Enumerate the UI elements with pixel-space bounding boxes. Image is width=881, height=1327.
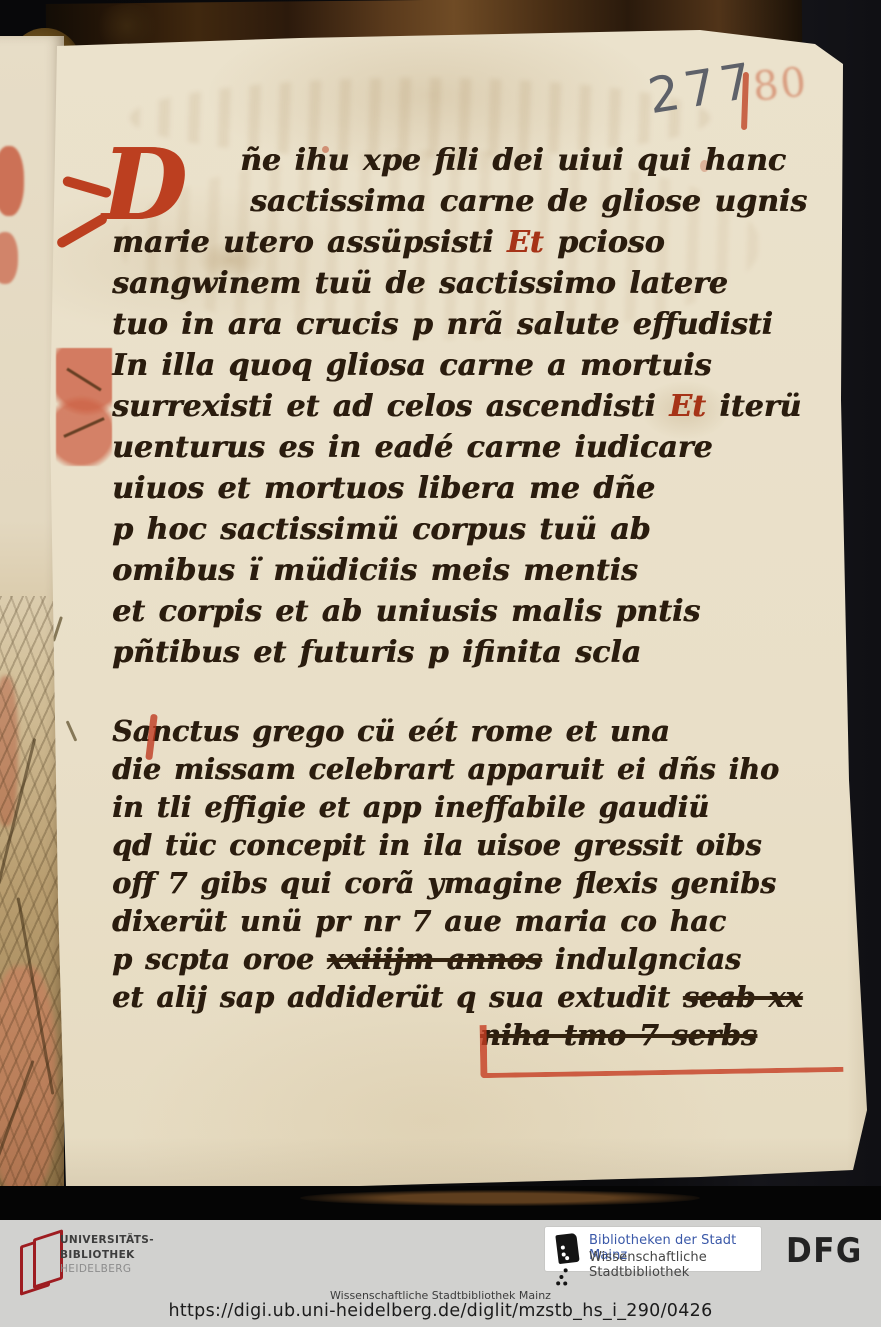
mainz-icon-dots	[563, 1268, 567, 1272]
manuscript-segment: uenturus es in eadé carne iudicare	[112, 430, 712, 465]
manuscript-line: uiuos et mortuos libera me dñe	[112, 468, 824, 509]
initial-flourish	[55, 213, 108, 250]
footer-url: https://digi.ub.uni-heidelberg.de/diglit…	[0, 1301, 881, 1321]
manuscript-line: omibus ï müdiciis meis mentis	[112, 550, 824, 591]
margin-mark	[66, 720, 78, 741]
manuscript-segment: in tli effigie et app ineffabile gaudiü	[112, 790, 709, 824]
manuscript-segment: p hoc sactissimü corpus tuü ab	[112, 512, 651, 547]
manuscript-segment: In illa quoq gliosa carne a mortuis	[112, 348, 711, 383]
manuscript-line: Sanctus grego cü eét rome et una	[112, 712, 824, 750]
manuscript-segment: surrexisti et ad celos ascendisti	[112, 389, 669, 424]
manuscript-segment: et alij sap addiderüt q sua extudit	[112, 980, 683, 1014]
manuscript-segment: seab xx	[683, 980, 802, 1014]
manuscript-paragraph-2: Sanctus grego cü eét rome et unadie miss…	[112, 712, 824, 1054]
manuscript-segment: qd tüc concepit in ila uisoe gressit oib…	[112, 828, 761, 862]
manuscript-segment: sangwinem tuü de sactissimo latere	[112, 266, 728, 301]
manuscript-segment: et corpis et ab uniusis malis pntis	[112, 594, 700, 629]
manuscript-segment: p scpta oroe	[112, 942, 327, 976]
ubh-line3: HEIDELBERG	[60, 1262, 154, 1277]
manuscript-segment: ñe ihu xpe fili dei uiui qui hanc	[240, 143, 786, 178]
manuscript-paragraph-1: ñe ihu xpe fili dei uiui qui hancsactiss…	[112, 140, 824, 673]
scan-viewer: 277 80 D ñe ihu xpe fili dei uiui qui ha…	[0, 0, 881, 1327]
ubh-line1: UNIVERSITÄTS-	[60, 1233, 154, 1248]
mainz-line2: Wissenschaftliche Stadtbibliothek	[589, 1250, 761, 1280]
manuscript-line: et alij sap addiderüt q sua extudit seab…	[112, 978, 824, 1016]
manuscript-segment: off 7 gibs qui corã ymagine flexis genib…	[112, 866, 776, 900]
manuscript-line: sactissima carne de gliose ugnis	[250, 181, 824, 222]
mainz-icon-dots	[561, 1245, 565, 1249]
manuscript-line: dixerüt unü pr nr 7 aue maria co hac	[112, 902, 824, 940]
manuscript-line: p hoc sactissimü corpus tuü ab	[112, 509, 824, 550]
margin-mark	[52, 616, 63, 642]
manuscript-line: off 7 gibs qui corã ymagine flexis genib…	[112, 864, 824, 902]
red-ink-mark	[0, 232, 18, 284]
red-ink-mark	[0, 146, 24, 216]
manuscript-segment: Et	[507, 225, 544, 260]
manuscript-segment: omibus ï müdiciis meis mentis	[112, 553, 638, 588]
manuscript-line: in tli effigie et app ineffabile gaudiü	[112, 788, 824, 826]
manuscript-line: p scpta oroe xxiiijm annos indulgncias	[112, 940, 824, 978]
manuscript-page: 277 80 D ñe ihu xpe fili dei uiui qui ha…	[0, 0, 881, 1327]
ubh-book-icon	[20, 1232, 64, 1288]
manuscript-segment: pcioso	[544, 225, 665, 260]
table-shadow	[0, 1186, 881, 1220]
manuscript-line: sangwinem tuü de sactissimo latere	[112, 263, 824, 304]
manuscript-line: ñe ihu xpe fili dei uiui qui hanc	[240, 140, 824, 181]
manuscript-line: In illa quoq gliosa carne a mortuis	[112, 345, 824, 386]
manuscript-segment: xxiiijm annos	[327, 942, 542, 976]
manuscript-segment: uiuos et mortuos libera me dñe	[112, 471, 655, 506]
binding-corner-shadow	[92, 4, 162, 48]
pen-hatching	[0, 596, 64, 1224]
red-underline-bracket	[480, 1019, 844, 1078]
ubh-logo: UNIVERSITÄTS- BIBLIOTHEK HEIDELBERG	[20, 1230, 260, 1292]
manuscript-line: et corpis et ab uniusis malis pntis	[112, 591, 824, 632]
mainz-book-icon	[555, 1233, 579, 1264]
manuscript-line: die missam celebrart apparuit ei dñs iho	[112, 750, 824, 788]
manuscript-segment: Et	[669, 389, 706, 424]
manuscript-segment: iterü	[706, 389, 801, 424]
manuscript-segment: tuo in ara crucis p nrã salute effudisti	[112, 307, 773, 342]
manuscript-segment: pñtibus et futuris p ifinita scla	[112, 635, 641, 670]
manuscript-line: qd tüc concepit in ila uisoe gressit oib…	[112, 826, 824, 864]
manuscript-line: uenturus es in eadé carne iudicare	[112, 427, 824, 468]
ubh-book-shape	[33, 1229, 63, 1289]
manuscript-segment: Sanctus grego cü eét rome et una	[112, 714, 670, 748]
ubh-line2: BIBLIOTHEK	[60, 1248, 154, 1263]
dfg-logo: DFG	[786, 1232, 863, 1271]
manuscript-line: tuo in ara crucis p nrã salute effudisti	[112, 304, 824, 345]
red-stroke	[741, 72, 749, 130]
manuscript-line: surrexisti et ad celos ascendisti Et ite…	[112, 386, 824, 427]
manuscript-line: marie utero assüpsisti Et pcioso	[112, 222, 824, 263]
book-bottom-edge	[300, 1190, 700, 1206]
footer-bar: UNIVERSITÄTS- BIBLIOTHEK HEIDELBERG Bibl…	[0, 1220, 881, 1327]
manuscript-segment: sactissima carne de gliose ugnis	[250, 184, 807, 219]
mainz-logo-badge: Bibliotheken der Stadt Mainz Wissenschaf…	[545, 1227, 761, 1271]
manuscript-segment: die missam celebrart apparuit ei dñs iho	[112, 752, 779, 786]
manuscript-segment: indulgncias	[542, 942, 741, 976]
ubh-logo-text: UNIVERSITÄTS- BIBLIOTHEK HEIDELBERG	[60, 1233, 154, 1277]
manuscript-line: pñtibus et futuris p ifinita scla	[112, 632, 824, 673]
manuscript-segment: marie utero assüpsisti	[112, 225, 507, 260]
red-flower-mark	[56, 348, 112, 466]
faded-red-stamp: 80	[751, 59, 810, 110]
manuscript-segment: dixerüt unü pr nr 7 aue maria co hac	[112, 904, 726, 938]
